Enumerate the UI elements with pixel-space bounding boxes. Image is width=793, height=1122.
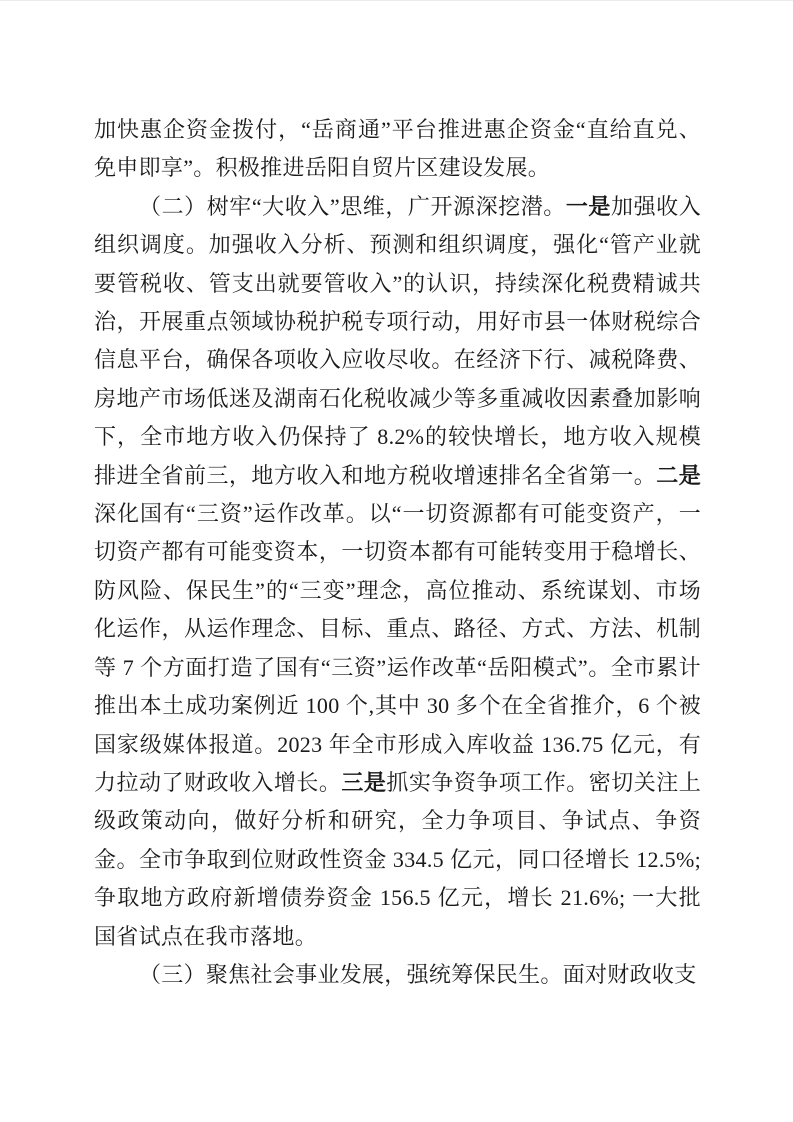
text-run-body: 深化国有“三资”运作改革。以“一切资源都有可能变资产，一切资产都有可能变资本，一… [94,501,701,795]
document-page: 加快惠企资金拨付，“岳商通”平台推进惠企资金“直给直兑、免申即享”。积极推进岳阳… [0,0,793,1122]
paragraph-section-three: （三）聚焦社会事业发展，强统筹保民生。面对财政收支 [94,956,701,994]
paragraph-continuation: 加快惠企资金拨付，“岳商通”平台推进惠企资金“直给直兑、免申即享”。积极推进岳阳… [94,111,701,188]
paragraph-section-two: （二）树牢“大收入”思维，广开源深挖潜。一是加强收入组织调度。加强收入分析、预测… [94,188,701,956]
document-body: 加快惠企资金拨付，“岳商通”平台推进惠企资金“直给直兑、免申即享”。积极推进岳阳… [94,111,701,994]
text-run-bold: 一是 [566,194,611,219]
text-run-body: 面对财政收支 [563,962,697,987]
text-run-bold: 二是 [656,463,701,488]
text-run-body: 加强收入组织调度。加强收入分析、预测和组织调度，强化“管产业就要管税收、管支出就… [94,194,701,488]
text-run-heading: （二）树牢“大收入”思维，广开源深挖潜。 [139,194,566,219]
text-run-bold: 三是 [341,770,386,795]
text-run-heading: （三）聚焦社会事业发展，强统筹保民生。 [139,962,563,987]
text-run-body: 抓实争资争项工作。密切关注上级政策动向，做好分析和研究，全力争项目、争试点、争资… [94,770,701,949]
text-run-body: 加快惠企资金拨付，“岳商通”平台推进惠企资金“直给直兑、免申即享”。积极推进岳阳… [94,117,701,180]
